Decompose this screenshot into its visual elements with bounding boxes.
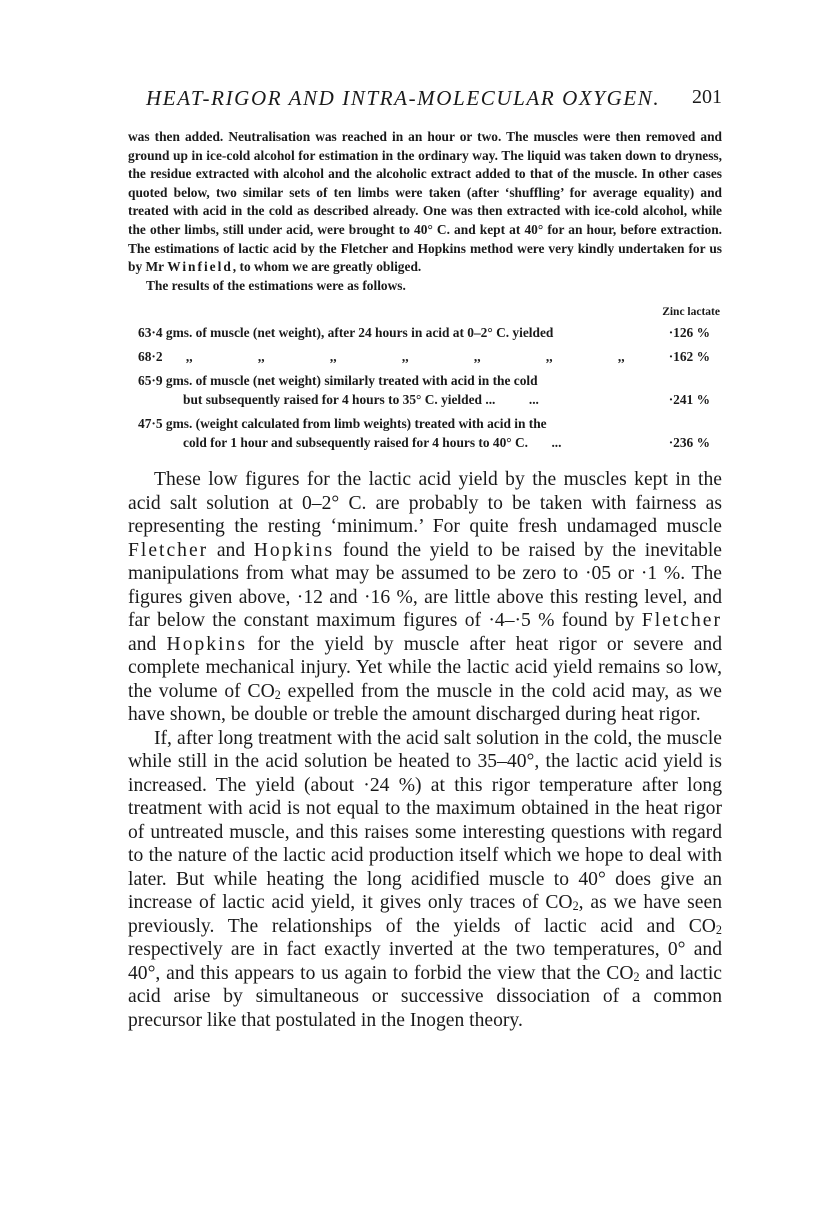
subscript: 2 (716, 923, 722, 937)
paragraph-1: These low figures for the lactic acid yi… (128, 468, 722, 727)
running-header: HEAT-RIGOR AND INTRA-MOLECULAR OXYGEN. 2… (128, 82, 722, 112)
row-description: 63·4 gms. of muscle (net weight), after … (138, 323, 632, 342)
row-description-continued: but subsequently raised for 4 hours to 3… (138, 390, 632, 409)
ditto-mark: ,, (553, 347, 625, 366)
ditto-mark: ,, (337, 347, 409, 366)
results-intro: The results of the estimations were as f… (128, 277, 722, 296)
page: HEAT-RIGOR AND INTRA-MOLECULAR OXYGEN. 2… (128, 82, 722, 1032)
paragraph-2: If, after long treatment with the acid s… (128, 727, 722, 1033)
row-description: 68·2,,,,,,,,,,,,,, (138, 347, 632, 366)
author-name: Fletcher (642, 610, 722, 631)
ditto-mark: ,, (193, 347, 265, 366)
ditto-mark: ,, (265, 347, 337, 366)
author-name: Hopkins (167, 634, 247, 655)
table-row: 63·4 gms. of muscle (net weight), after … (128, 323, 722, 342)
row-description: 47·5 gms. (weight calculated from limb w… (138, 414, 632, 433)
page-number: 201 (692, 86, 722, 109)
ditto-mark: ,, (481, 347, 553, 366)
results-table: Zinc lactate 63·4 gms. of muscle (net we… (128, 301, 722, 452)
row-value: ·241 % (669, 390, 710, 409)
row-value: ·162 % (669, 347, 710, 366)
ditto-mark: ,, (409, 347, 481, 366)
methods-text: was then added. Neutralisation was reach… (128, 128, 722, 295)
author-name: Hopkins (254, 540, 334, 561)
table-row: 65·9 gms. of muscle (net weight) similar… (128, 371, 722, 409)
methods-paragraph: was then added. Neutralisation was reach… (128, 128, 722, 277)
author-name: Fletcher (128, 540, 208, 561)
ditto-mark: ,, (163, 347, 193, 366)
row-description: 65·9 gms. of muscle (net weight) similar… (138, 371, 632, 390)
running-title: HEAT-RIGOR AND INTRA-MOLECULAR OXYGEN. (146, 86, 660, 111)
discussion-text: These low figures for the lactic acid yi… (128, 468, 722, 1032)
table-row: 47·5 gms. (weight calculated from limb w… (128, 414, 722, 452)
row-value: ·126 % (669, 323, 710, 342)
person-name: Winfield (167, 259, 233, 274)
row-description-continued: cold for 1 hour and subsequently raised … (138, 433, 632, 452)
row-value: ·236 % (669, 433, 710, 452)
table-row: 68·2,,,,,,,,,,,,,, ·162 % (128, 347, 722, 366)
column-header: Zinc lactate (128, 301, 722, 323)
